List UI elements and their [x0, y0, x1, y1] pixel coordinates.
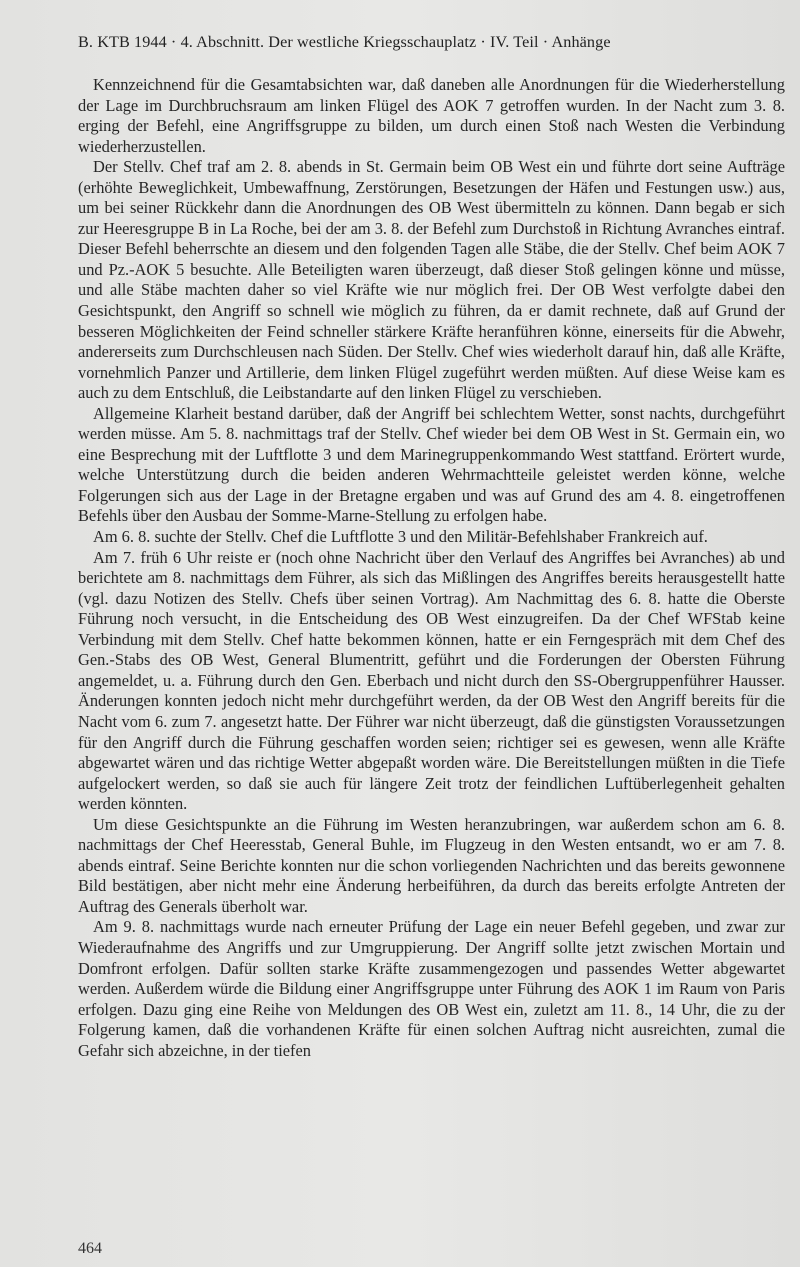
paragraph: Kennzeichnend für die Gesamtabsichten wa… — [78, 75, 785, 157]
paragraph: Am 7. früh 6 Uhr reiste er (noch ohne Na… — [78, 548, 785, 815]
book-page: B. KTB 1944 · 4. Abschnitt. Der westlich… — [0, 0, 800, 1267]
paragraph: Am 6. 8. suchte der Stellv. Chef die Luf… — [78, 527, 785, 548]
body-text: Kennzeichnend für die Gesamtabsichten wa… — [78, 75, 785, 1061]
paragraph: Allgemeine Klarheit bestand darüber, daß… — [78, 404, 785, 527]
paragraph: Um diese Gesichtspunkte an die Führung i… — [78, 815, 785, 918]
paragraph: Der Stellv. Chef traf am 2. 8. abends in… — [78, 157, 785, 404]
paragraph: Am 9. 8. nachmittags wurde nach erneuter… — [78, 917, 785, 1061]
running-head: B. KTB 1944 · 4. Abschnitt. Der westlich… — [78, 33, 798, 52]
page-number: 464 — [78, 1240, 102, 1258]
